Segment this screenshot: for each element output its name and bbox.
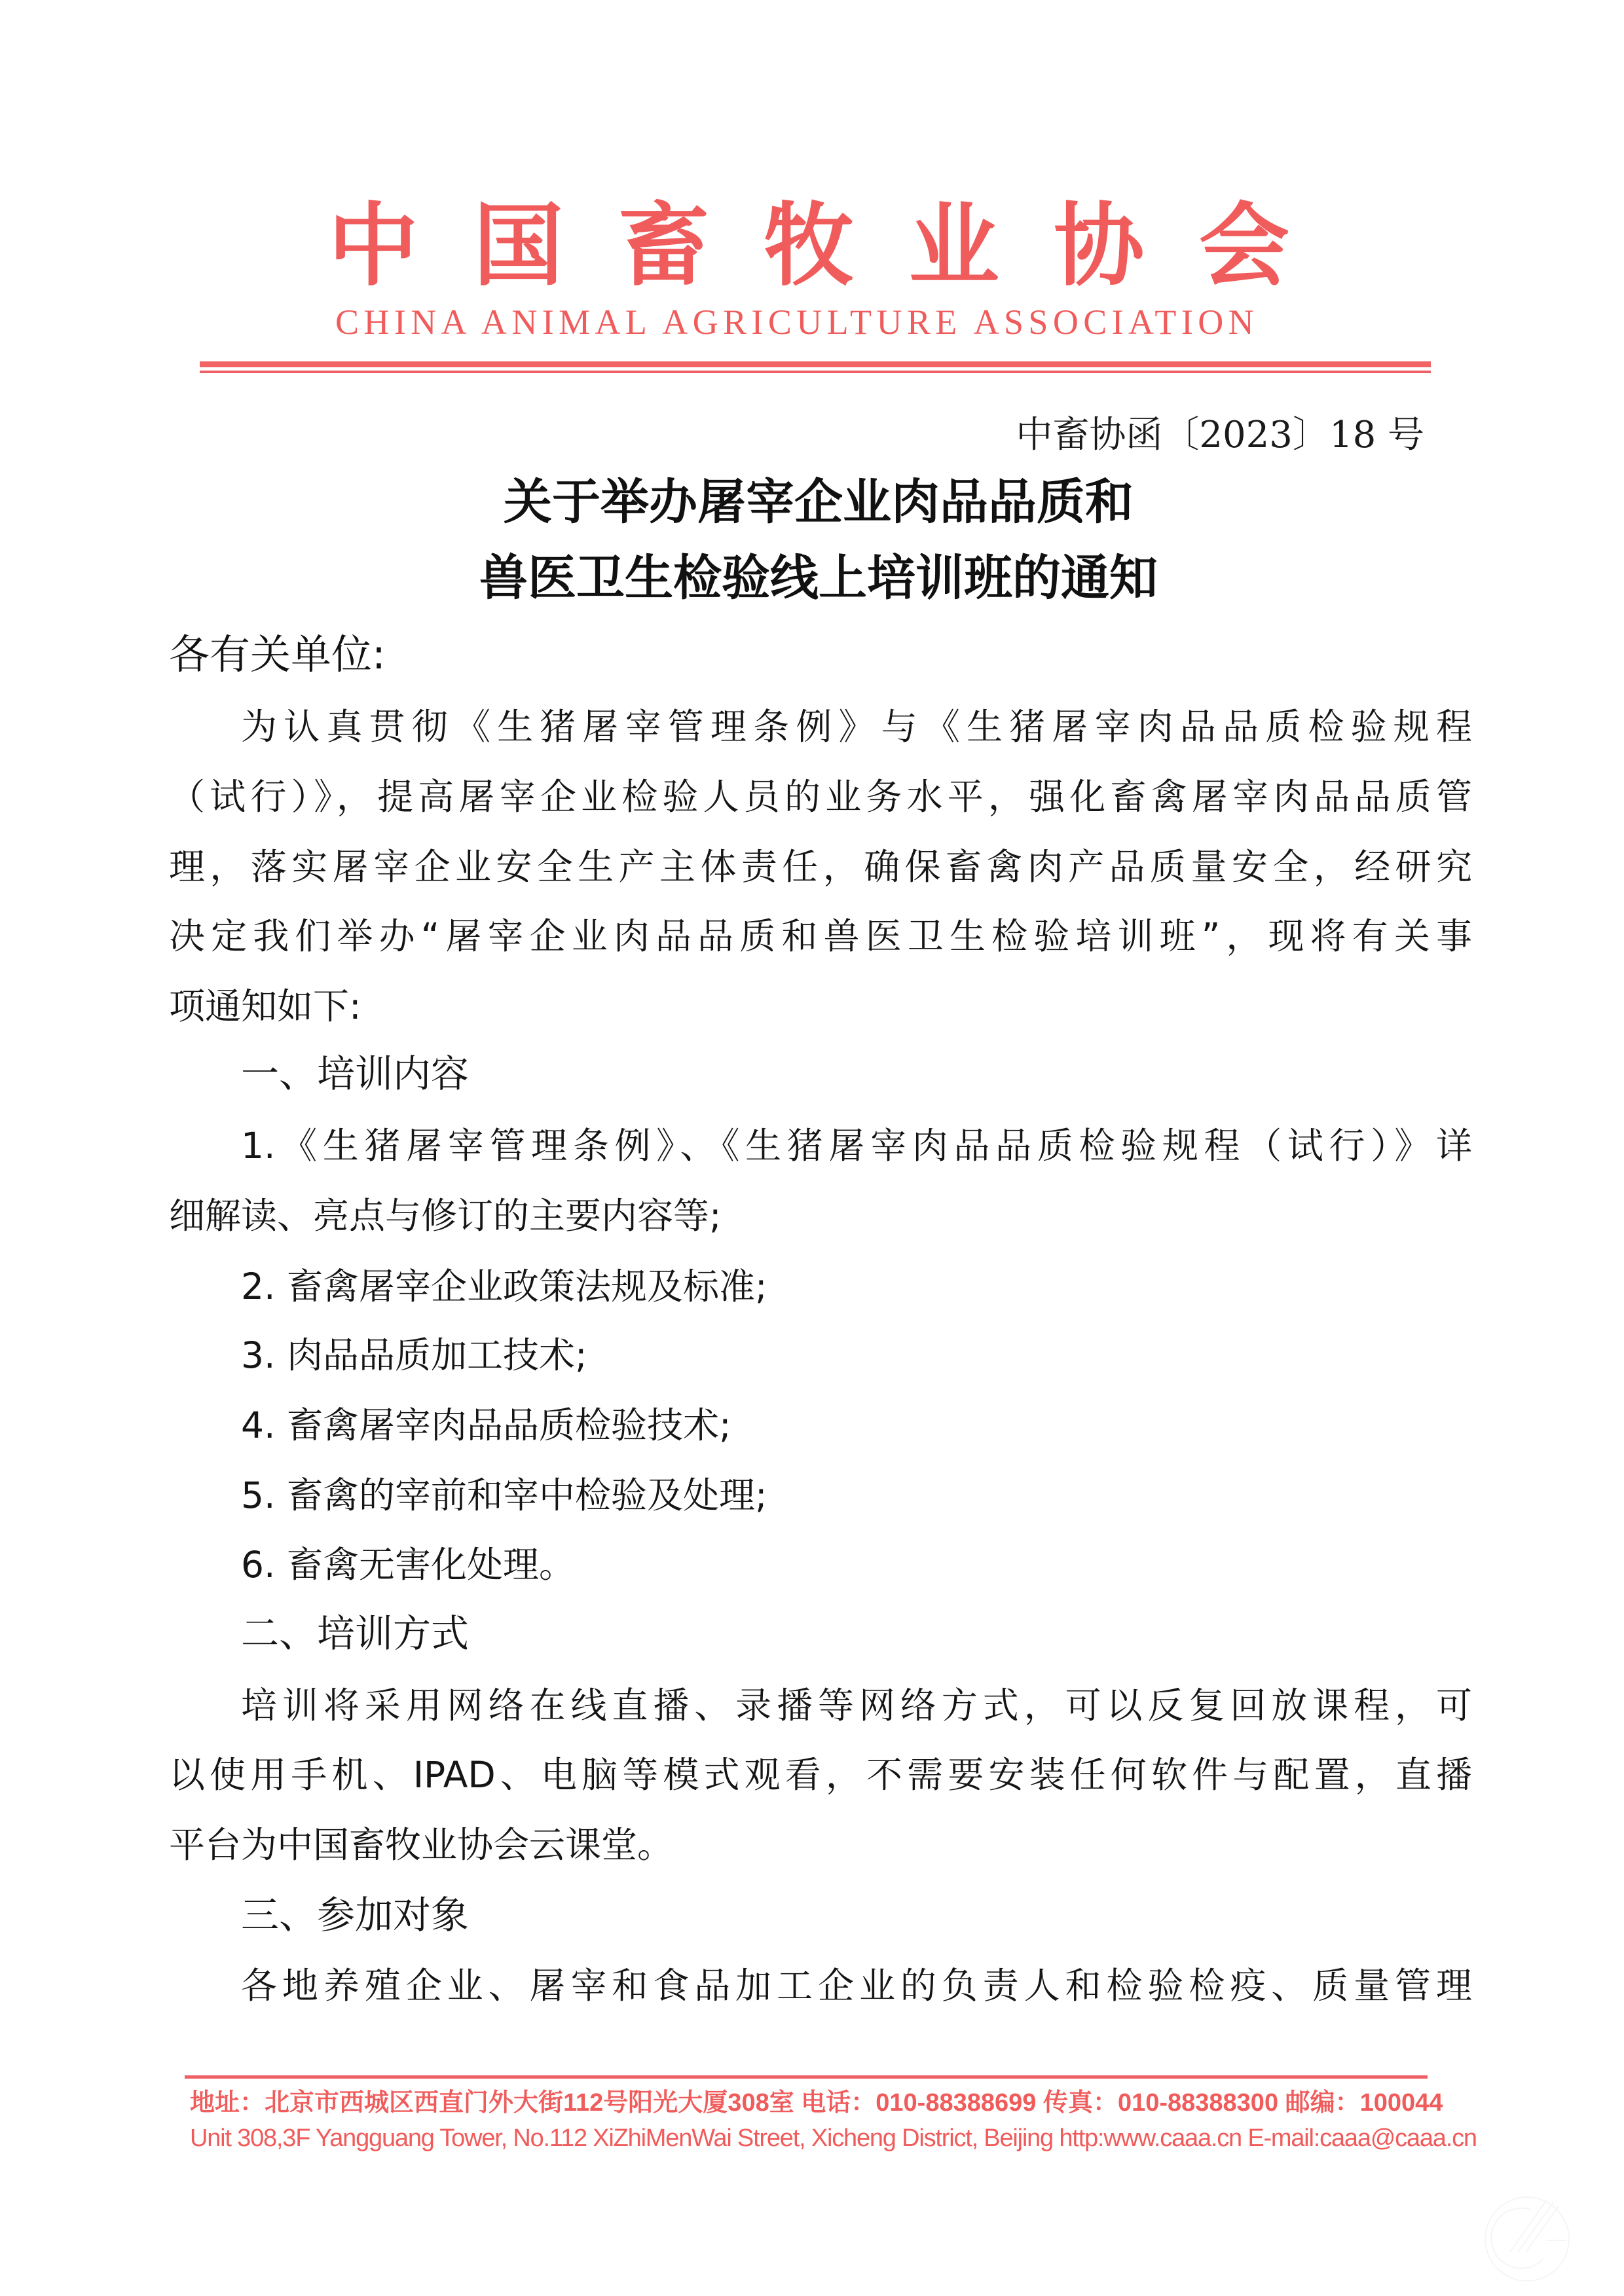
list-item: 2. 畜禽屠宰企业政策法规及标准; xyxy=(241,1260,1472,1313)
section-heading-training-method: 二、培训方式 xyxy=(241,1607,1472,1660)
list-item: 5. 畜禽的宰前和宰中检验及处理; xyxy=(241,1469,1472,1522)
list-item: 6. 畜禽无害化处理。 xyxy=(241,1539,1472,1591)
document-page: 中 国 畜 牧 业 协 会 CHINA ANIMAL AGRICULTURE A… xyxy=(0,0,1624,2296)
letterhead-divider-thick xyxy=(200,361,1431,367)
body-line: 以使用手机、IPAD、电脑等模式观看，不需要安装任何软件与配置，直播 xyxy=(169,1749,1472,1801)
letterhead-char: 畜 xyxy=(618,196,709,295)
letterhead-org-name-cn: 中 国 畜 牧 业 协 会 xyxy=(327,196,1290,295)
letterhead-char: 中 xyxy=(327,196,419,295)
body-line: 平台为中国畜牧业协会云课堂。 xyxy=(169,1819,1472,1871)
body-line: 项通知如下: xyxy=(169,980,1472,1032)
document-number: 中畜协函〔2023〕18 号 xyxy=(1016,412,1424,458)
footer-address-en: Unit 308,3F Yangguang Tower, No.112 XiZh… xyxy=(190,2121,1428,2155)
list-item: 1.《生猪屠宰管理条例》、《生猪屠宰肉品品质检验规程（试行）》详 xyxy=(241,1120,1472,1172)
document-title-line-1: 关于举办屠宰企业肉品品质和 xyxy=(196,473,1441,532)
letterhead-char: 协 xyxy=(1053,196,1145,295)
footer-address-cn: 地址：北京市西城区西直门外大街112号阳光大厦308室 电话：010-88388… xyxy=(190,2086,1428,2120)
list-item: 4. 畜禽屠宰肉品品质检验技术; xyxy=(241,1399,1472,1451)
body-line: （试行）》，提高屠宰企业检验人员的业务水平，强化畜禽屠宰肉品品质管 xyxy=(169,771,1472,823)
letterhead-char: 会 xyxy=(1198,196,1290,295)
list-item: 3. 肉品品质加工技术; xyxy=(241,1329,1472,1381)
body-line: 理，落实屠宰企业安全生产主体责任，确保畜禽肉产品质量安全，经研究 xyxy=(169,841,1472,893)
body-line: 培训将采用网络在线直播、录播等网络方式，可以反复回放课程，可 xyxy=(241,1679,1472,1732)
body-line: 各地养殖企业、屠宰和食品加工企业的负责人和检验检疫、质量管理 xyxy=(241,1959,1472,2012)
letterhead-divider-thin xyxy=(200,371,1431,373)
document-title-line-2: 兽医卫生检验线上培训班的通知 xyxy=(196,549,1441,608)
letterhead-char: 牧 xyxy=(763,196,855,295)
body-line: 为认真贯彻《生猪屠宰管理条例》与《生猪屠宰肉品品质检验规程 xyxy=(241,701,1472,753)
letterhead-org-name-en: CHINA ANIMAL AGRICULTURE ASSOCIATION xyxy=(335,302,1288,342)
salutation: 各有关单位: xyxy=(169,629,386,681)
caaa-logo-icon xyxy=(1481,2193,1573,2285)
letterhead-char: 国 xyxy=(473,196,564,295)
body-line: 决定我们举办“屠宰企业肉品品质和兽医卫生检验培训班”，现将有关事 xyxy=(169,910,1472,962)
section-heading-participants: 三、参加对象 xyxy=(241,1889,1472,1941)
list-item-continuation: 细解读、亮点与修订的主要内容等; xyxy=(169,1190,1472,1242)
section-heading-training-content: 一、培训内容 xyxy=(241,1048,1472,1100)
letterhead-char: 业 xyxy=(908,196,1000,295)
footer-divider xyxy=(185,2075,1428,2079)
